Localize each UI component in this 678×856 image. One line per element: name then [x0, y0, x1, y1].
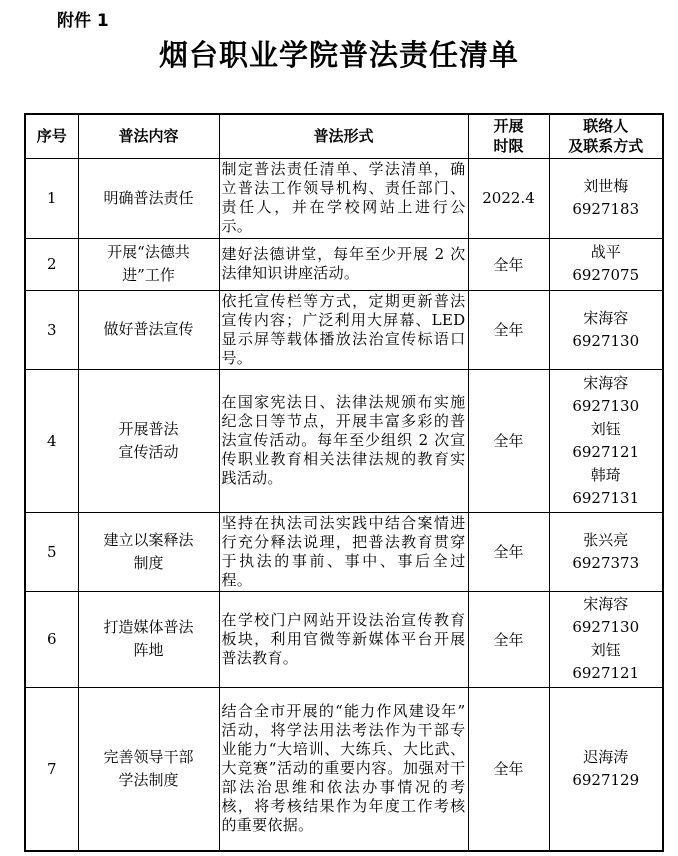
row-contact-cell: 迟海涛 6927129 — [549, 687, 663, 851]
table-row: 2 开展“法德共 进”工作 建好法德讲堂，每年至少开展 2 次法律知识讲座活动。… — [25, 238, 663, 290]
table-header-row: 序号 普法内容 普法形式 开展 时限 联络人 及联系方式 — [25, 114, 663, 158]
row-contact-cell: 宋海容 6927130 — [549, 290, 663, 369]
row-content-cell: 开展普法 宣传活动 — [78, 369, 219, 512]
table-row: 4 开展普法 宣传活动 在国家宪法日、法律法规颁布实施纪念日等节点，开展丰富多彩… — [25, 369, 663, 512]
attachment-label: 附件 1 — [57, 6, 109, 31]
row-contact-cell: 刘世梅 6927183 — [549, 158, 663, 238]
table-row: 1 明确普法责任 制定普法责任清单、学法清单，确立普法工作领导机构、责任部门、责… — [25, 158, 663, 238]
row-no-cell: 1 — [25, 158, 78, 238]
header-cell-content: 普法内容 — [78, 114, 219, 158]
row-no-cell: 5 — [25, 512, 78, 591]
row-content-cell: 做好普法宣传 — [78, 290, 219, 369]
table-row: 3 做好普法宣传 依托宣传栏等方式，定期更新普法宣传内容；广泛利用大屏幕、LED… — [25, 290, 663, 369]
row-content-cell: 完善领导干部 学法制度 — [78, 687, 219, 851]
header-cell-contact: 联络人 及联系方式 — [549, 114, 663, 158]
row-form-cell: 在学校门户网站开设法治宣传教育板块，利用官微等新媒体平台开展普法教育。 — [219, 591, 468, 687]
row-contact-cell: 宋海容 6927130 刘钰 6927121 韩琦 6927131 — [549, 369, 663, 512]
row-no-cell: 7 — [25, 687, 78, 851]
header-cell-form: 普法形式 — [219, 114, 468, 158]
row-no-cell: 6 — [25, 591, 78, 687]
row-time-cell: 全年 — [468, 290, 549, 369]
table-row: 5 建立以案释法 制度 坚持在执法司法实践中结合案情进行充分释法说理，把普法教育… — [25, 512, 663, 591]
row-time-cell: 2022.4 — [468, 158, 549, 238]
row-content-cell: 明确普法责任 — [78, 158, 219, 238]
row-time-cell: 全年 — [468, 512, 549, 591]
header-cell-time: 开展 时限 — [468, 114, 549, 158]
row-no-cell: 3 — [25, 290, 78, 369]
table-row: 6 打造媒体普法 阵地 在学校门户网站开设法治宣传教育板块，利用官微等新媒体平台… — [25, 591, 663, 687]
row-time-cell: 全年 — [468, 238, 549, 290]
row-contact-cell: 张兴亮 6927373 — [549, 512, 663, 591]
row-form-cell: 结合全市开展的“能力作风建设年”活动，将学法用法考法作为干部专业能力“大培训、大… — [219, 687, 468, 851]
row-content-cell: 建立以案释法 制度 — [78, 512, 219, 591]
row-contact-cell: 宋海容 6927130 刘钰 6927121 — [549, 591, 663, 687]
row-no-cell: 2 — [25, 238, 78, 290]
table-row: 7 完善领导干部 学法制度 结合全市开展的“能力作风建设年”活动，将学法用法考法… — [25, 687, 663, 851]
row-content-cell: 打造媒体普法 阵地 — [78, 591, 219, 687]
page-title: 烟台职业学院普法责任清单 — [0, 33, 678, 74]
header-cell-no: 序号 — [25, 114, 78, 158]
row-form-cell: 制定普法责任清单、学法清单，确立普法工作领导机构、责任部门、责任人，并在学校网站… — [219, 158, 468, 238]
row-time-cell: 全年 — [468, 369, 549, 512]
row-form-cell: 在国家宪法日、法律法规颁布实施纪念日等节点，开展丰富多彩的普法宣传活动。每年至少… — [219, 369, 468, 512]
document-page: 附件 1 烟台职业学院普法责任清单 序号 普法内容 普法形式 开展 时限 联络人… — [0, 0, 678, 856]
row-time-cell: 全年 — [468, 687, 549, 851]
row-time-cell: 全年 — [468, 591, 549, 687]
row-form-cell: 依托宣传栏等方式，定期更新普法宣传内容；广泛利用大屏幕、LED 显示屏等载体播放… — [219, 290, 468, 369]
responsibility-table: 序号 普法内容 普法形式 开展 时限 联络人 及联系方式 1 明确普法责任 制定… — [24, 113, 664, 852]
row-content-cell: 开展“法德共 进”工作 — [78, 238, 219, 290]
row-form-cell: 坚持在执法司法实践中结合案情进行充分释法说理，把普法教育贯穿于执法的事前、事中、… — [219, 512, 468, 591]
row-contact-cell: 战平 6927075 — [549, 238, 663, 290]
row-form-cell: 建好法德讲堂，每年至少开展 2 次法律知识讲座活动。 — [219, 238, 468, 290]
row-no-cell: 4 — [25, 369, 78, 512]
